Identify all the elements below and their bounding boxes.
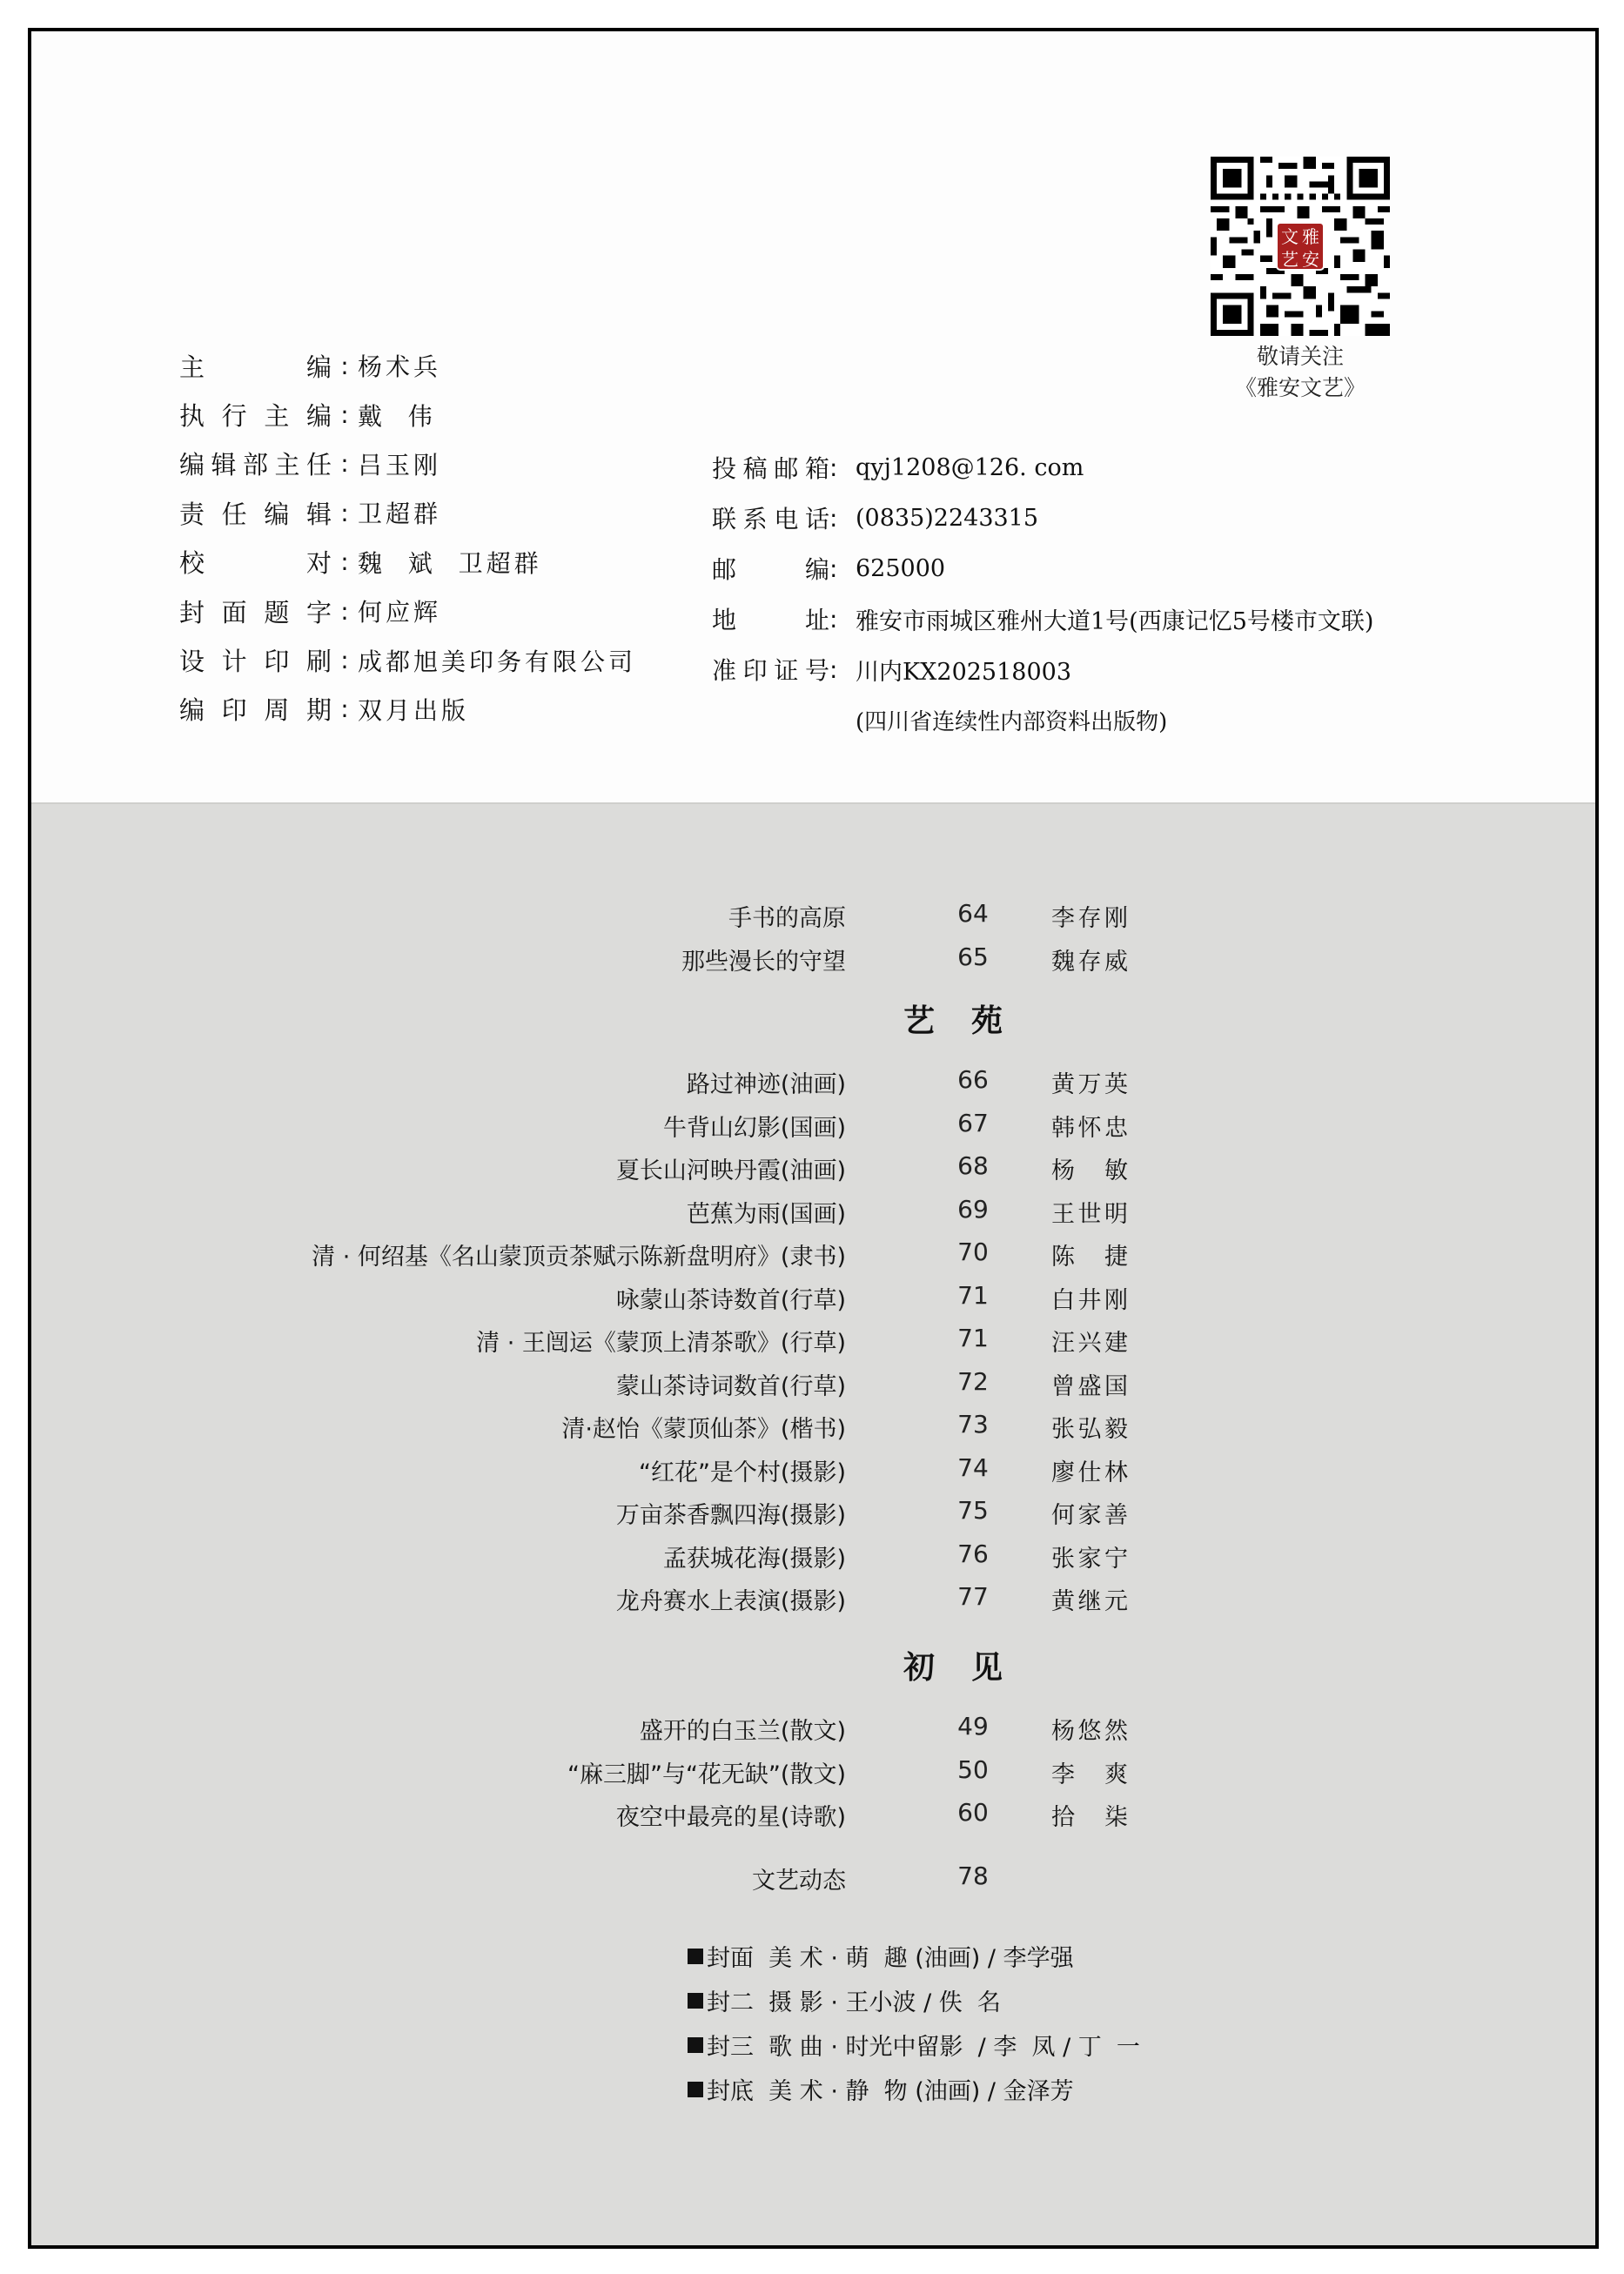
- toc-title: 手书的高原: [728, 899, 846, 933]
- toc-page: 49: [947, 1712, 999, 1741]
- contact-label: 地址: [712, 601, 829, 636]
- toc-author: 白井刚: [1051, 1281, 1128, 1315]
- credit-text: 美 术 · 静 物 (油画) / 金泽芳: [754, 2072, 1074, 2106]
- masthead-value: 成都旭美印务有限公司: [358, 643, 636, 678]
- masthead-label: 责任编辑: [179, 495, 332, 531]
- label-char: 投: [712, 450, 736, 485]
- square-bullet-icon: [688, 2082, 703, 2097]
- toc-title: “麻三脚”与“花无缺”(散文): [567, 1755, 846, 1789]
- masthead-row: 执行主编:戴 伟: [179, 390, 636, 439]
- credit-position: 封三: [707, 2028, 754, 2062]
- toc-page: 76: [947, 1539, 999, 1568]
- toc-author: 黄继元: [1051, 1582, 1128, 1616]
- label-char: 印: [222, 691, 247, 727]
- yaan-wenyi-logo: 文 雅 艺 安: [1276, 222, 1325, 271]
- toc-title: 那些漫长的守望: [681, 942, 846, 976]
- toc-author: 杨悠然: [1051, 1712, 1128, 1746]
- label-char: 编: [306, 348, 332, 384]
- toc-author: 魏存威: [1051, 942, 1128, 976]
- label-char: 证: [774, 652, 798, 687]
- colon: :: [829, 605, 856, 634]
- toc-page: 69: [947, 1195, 999, 1224]
- author-char: 黄: [1051, 1582, 1075, 1616]
- contact-row: 地址:雅安市雨城区雅州大道1号(西康记忆5号楼市文联): [712, 594, 1373, 644]
- author-char: 元: [1104, 1582, 1128, 1616]
- toc-author: 韩怀忠: [1051, 1109, 1128, 1143]
- author-char: 怀: [1078, 1109, 1102, 1143]
- toc-title: 清 · 王闿运《蒙顶上清茶歌》(行草): [476, 1324, 846, 1358]
- toc-entry[interactable]: 那些漫长的守望65魏存威: [0, 942, 1218, 977]
- toc-page: 66: [947, 1065, 999, 1094]
- author-char: 英: [1104, 1065, 1128, 1099]
- author-char: 存: [1078, 899, 1102, 933]
- author-char: 家: [1078, 1496, 1102, 1530]
- toc-title: 蒙山茶诗词数首(行草): [616, 1367, 846, 1401]
- label-char: 址: [805, 601, 829, 636]
- toc-page: 77: [947, 1582, 999, 1611]
- qr-block: 文 雅 艺 安 敬请关注 《雅安文艺》: [1196, 157, 1405, 404]
- label-char: 行: [222, 397, 247, 433]
- credit-text: 美 术 · 萌 趣 (油画) / 李学强: [754, 1939, 1074, 1973]
- author-char: 仕: [1078, 1453, 1102, 1487]
- author-char: 陈: [1051, 1238, 1075, 1271]
- masthead-row: 主编:杨术兵: [179, 341, 636, 390]
- author-char: 李: [1051, 1755, 1075, 1789]
- label-char: 号: [805, 652, 829, 687]
- label-char: 话: [805, 500, 829, 535]
- toc-entry[interactable]: “麻三脚”与“花无缺”(散文)50李爽: [0, 1755, 1218, 1790]
- toc-author: 李爽: [1051, 1755, 1128, 1789]
- section-heading: 艺苑: [903, 996, 1039, 1041]
- logo-char: 雅: [1300, 225, 1321, 248]
- masthead-row: 封面题字:何应辉: [179, 587, 636, 635]
- toc-author: 拾柒: [1051, 1798, 1128, 1832]
- toc-author: 张家宁: [1051, 1539, 1128, 1573]
- contact-value[interactable]: qyj1208@126. com: [856, 454, 1084, 481]
- author-char: 刚: [1104, 1281, 1128, 1315]
- author-char: 黄: [1051, 1065, 1075, 1099]
- masthead-label: 主编: [179, 348, 332, 384]
- qr-code[interactable]: 文 雅 艺 安: [1211, 157, 1390, 336]
- toc-page: 71: [947, 1281, 999, 1310]
- author-char: 曾: [1051, 1367, 1075, 1401]
- masthead-staff: 主编:杨术兵执行主编:戴 伟编辑部主任:吕玉刚责任编辑:卫超群校对:魏 斌 卫超…: [179, 341, 636, 734]
- masthead-value: 杨术兵: [358, 348, 441, 383]
- colon: :: [332, 449, 358, 478]
- toc-entry[interactable]: 芭蕉为雨(国画)69王世明: [0, 1195, 1218, 1230]
- author-char: 盛: [1078, 1367, 1102, 1401]
- label-char: 地: [712, 601, 736, 636]
- author-char: 何: [1051, 1496, 1075, 1530]
- author-char: 忠: [1104, 1109, 1128, 1143]
- square-bullet-icon: [688, 1949, 703, 1964]
- contact-value: (0835)2243315: [856, 505, 1038, 532]
- author-char: 敏: [1104, 1151, 1128, 1185]
- label-char: 稿: [743, 450, 768, 485]
- toc-page: 70: [947, 1238, 999, 1266]
- masthead-label: 校对: [179, 544, 332, 580]
- author-char: 家: [1078, 1539, 1102, 1573]
- toc-title: 夏长山河映丹霞(油画): [616, 1151, 846, 1185]
- author-char: 捷: [1104, 1238, 1128, 1271]
- square-bullet-icon: [688, 1993, 703, 2009]
- author-char: 宁: [1104, 1539, 1128, 1573]
- contact-value: 雅安市雨城区雅州大道1号(西康记忆5号楼市文联): [856, 602, 1373, 636]
- label-char: 准: [712, 652, 736, 687]
- toc-author: 汪兴建: [1051, 1324, 1128, 1358]
- label-char: 面: [222, 594, 247, 629]
- toc-title: 清 · 何绍基《名山蒙顶贡茶赋示陈新盘明府》(隶书): [312, 1238, 846, 1271]
- toc-title: 路过神迹(油画): [687, 1065, 846, 1099]
- colon: :: [829, 453, 856, 482]
- author-char: 刚: [1104, 899, 1128, 933]
- masthead-value: 卫超群: [358, 495, 441, 530]
- label-char: 编: [805, 551, 829, 586]
- label-char: 印: [743, 652, 768, 687]
- toc-title: 文艺动态: [752, 1861, 846, 1895]
- author-char: 汪: [1051, 1324, 1075, 1358]
- label-char: 邮: [774, 450, 798, 485]
- author-char: 威: [1104, 942, 1128, 976]
- cover-credits: 封面 美 术 · 萌 趣 (油画) / 李学强封二 摄 影 · 王小波 / 佚 …: [688, 1934, 1140, 2111]
- toc-page: 68: [947, 1151, 999, 1180]
- label-char: 联: [712, 500, 736, 535]
- toc-entry[interactable]: 蒙山茶诗词数首(行草)72曾盛国: [0, 1367, 1218, 1402]
- toc-title: 牛背山幻影(国画): [663, 1109, 846, 1143]
- colon: :: [332, 547, 358, 576]
- author-char: 王: [1051, 1195, 1075, 1229]
- masthead-row: 责任编辑:卫超群: [179, 488, 636, 537]
- toc-author: 李存刚: [1051, 899, 1128, 933]
- qr-caption-line2: 《雅安文艺》: [1196, 372, 1405, 404]
- colon: :: [829, 504, 856, 533]
- author-char: 张: [1051, 1539, 1075, 1573]
- author-char: 杨: [1051, 1712, 1075, 1746]
- author-char: 李: [1051, 899, 1075, 933]
- label-char: 主: [274, 446, 299, 481]
- author-char: 明: [1104, 1195, 1128, 1229]
- contact-value: 625000: [856, 555, 945, 582]
- toc-author: 何家善: [1051, 1496, 1128, 1530]
- author-char: 廖: [1051, 1453, 1075, 1487]
- toc-page: 60: [947, 1798, 999, 1827]
- author-char: 国: [1104, 1367, 1128, 1401]
- contact-value: 川内KX202518003: [856, 653, 1071, 687]
- toc-entry[interactable]: 牛背山幻影(国画)67韩怀忠: [0, 1109, 1218, 1144]
- toc-entry[interactable]: 夏长山河映丹霞(油画)68杨敏: [0, 1151, 1218, 1186]
- author-char: 继: [1078, 1582, 1102, 1616]
- label-char: 题: [264, 594, 289, 629]
- author-char: 存: [1078, 942, 1102, 976]
- masthead-row: 编印周期:双月出版: [179, 685, 636, 734]
- masthead-row: 编辑部主任:吕玉刚: [179, 439, 636, 488]
- author-char: 毅: [1104, 1410, 1128, 1444]
- toc-page: 73: [947, 1410, 999, 1439]
- author-char: 善: [1104, 1496, 1128, 1530]
- colon: :: [332, 646, 358, 674]
- colon: :: [332, 499, 358, 527]
- colon: :: [332, 694, 358, 723]
- toc-title: 清·赵怡《蒙顶仙茶》(楷书): [561, 1410, 846, 1444]
- author-char: 林: [1104, 1453, 1128, 1487]
- logo-char: 安: [1300, 248, 1321, 271]
- author-char: 拾: [1051, 1798, 1075, 1832]
- toc-page: 65: [947, 942, 999, 971]
- author-char: 爽: [1104, 1755, 1128, 1789]
- masthead-label: 执行主编: [179, 397, 332, 433]
- label-char: 部: [243, 446, 268, 481]
- label-char: 责: [179, 495, 205, 531]
- qr-caption-line1: 敬请关注: [1196, 341, 1405, 372]
- author-char: 白: [1051, 1281, 1075, 1315]
- label-char: 主: [179, 348, 205, 384]
- masthead-value: 吕玉刚: [358, 446, 441, 481]
- masthead-label: 编辑部主任: [179, 446, 332, 481]
- label-char: 箱: [805, 450, 829, 485]
- contact-row: 投稿邮箱:qyj1208@126. com: [712, 442, 1373, 493]
- publication-note: (四川省连续性内部资料出版物): [712, 694, 1373, 745]
- credit-row: 封底 美 术 · 静 物 (油画) / 金泽芳: [688, 2067, 1140, 2111]
- toc-entry[interactable]: 咏蒙山茶诗数首(行草)71白井刚: [0, 1281, 1218, 1316]
- author-char: 韩: [1051, 1109, 1075, 1143]
- credit-position: 封面: [707, 1939, 754, 1973]
- label-char: 编: [306, 397, 332, 433]
- qr-caption: 敬请关注 《雅安文艺》: [1196, 341, 1405, 404]
- toc-author: 张弘毅: [1051, 1410, 1128, 1444]
- author-char: 悠: [1078, 1712, 1102, 1746]
- label-char: 设: [179, 642, 205, 678]
- toc-entry[interactable]: 文艺动态78: [0, 1861, 1218, 1896]
- contact-row: 联系电话:(0835)2243315: [712, 493, 1373, 543]
- contact-label: 联系电话: [712, 500, 829, 535]
- toc-page: 72: [947, 1367, 999, 1396]
- label-char: 校: [179, 544, 205, 580]
- toc-page: 75: [947, 1496, 999, 1525]
- credit-row: 封二 摄 影 · 王小波 / 佚 名: [688, 1978, 1140, 2022]
- author-char: 世: [1078, 1195, 1102, 1229]
- label-char: 编: [179, 446, 205, 481]
- toc-entry[interactable]: 万亩茶香飘四海(摄影)75何家善: [0, 1496, 1218, 1531]
- toc-page: 74: [947, 1453, 999, 1482]
- label-char: 执: [179, 397, 205, 433]
- label-char: 辑: [211, 446, 236, 481]
- label-char: 周: [264, 691, 289, 727]
- toc-page: 78: [947, 1861, 999, 1890]
- credit-text: 摄 影 · 王小波 / 佚 名: [754, 1983, 1001, 2017]
- toc-page: 67: [947, 1109, 999, 1137]
- credit-position: 封二: [707, 1983, 754, 2017]
- credit-text: 歌 曲 · 时光中留影 / 李 凤 / 丁 一: [754, 2028, 1140, 2062]
- masthead-row: 设计印刷:成都旭美印务有限公司: [179, 635, 636, 684]
- toc-author: 廖仕林: [1051, 1453, 1128, 1487]
- toc-entry[interactable]: “红花”是个村(摄影)74廖仕林: [0, 1453, 1218, 1488]
- colon: :: [829, 554, 856, 583]
- label-char: 印: [264, 642, 289, 678]
- label-char: 电: [774, 500, 798, 535]
- toc-page: 64: [947, 899, 999, 928]
- label-char: 计: [222, 642, 247, 678]
- label-char: 编: [264, 495, 289, 531]
- toc-author: 黄万英: [1051, 1065, 1128, 1099]
- toc-author: 陈捷: [1051, 1238, 1128, 1271]
- toc-entry[interactable]: 盛开的白玉兰(散文)49杨悠然: [0, 1712, 1218, 1747]
- label-char: 辑: [306, 495, 332, 531]
- author-char: 万: [1078, 1065, 1102, 1099]
- toc-entry[interactable]: 路过神迹(油画)66黄万英: [0, 1065, 1218, 1100]
- label-char: 任: [306, 446, 332, 481]
- author-char: 柒: [1104, 1798, 1128, 1832]
- toc-title: 咏蒙山茶诗数首(行草): [616, 1281, 846, 1315]
- toc-entry[interactable]: 清·赵怡《蒙顶仙茶》(楷书)73张弘毅: [0, 1410, 1218, 1445]
- toc-title: 芭蕉为雨(国画): [687, 1195, 846, 1229]
- toc-title: 孟获城花海(摄影): [663, 1539, 846, 1573]
- author-char: 建: [1104, 1324, 1128, 1358]
- section-heading: 初见: [903, 1643, 1039, 1687]
- toc-entry[interactable]: 清 · 王闿运《蒙顶上清茶歌》(行草)71汪兴建: [0, 1324, 1218, 1358]
- masthead-value: 何应辉: [358, 594, 441, 628]
- credit-position: 封底: [707, 2072, 754, 2106]
- contact-label: 投稿邮箱: [712, 450, 829, 485]
- masthead-label: 编印周期: [179, 691, 332, 727]
- masthead-contact: 投稿邮箱:qyj1208@126. com联系电话:(0835)2243315邮…: [712, 442, 1373, 745]
- label-char: 字: [306, 594, 332, 629]
- masthead-label: 封面题字: [179, 594, 332, 629]
- label-char: 封: [179, 594, 205, 629]
- toc-author: 王世明: [1051, 1195, 1128, 1229]
- toc-author: 曾盛国: [1051, 1367, 1128, 1401]
- label-char: 系: [743, 500, 768, 535]
- toc-title: 夜空中最亮的星(诗歌): [616, 1798, 846, 1832]
- toc-author: 杨敏: [1051, 1151, 1128, 1185]
- contact-row: 邮编:625000: [712, 543, 1373, 594]
- masthead-value: 双月出版: [358, 692, 469, 727]
- toc-entry[interactable]: 手书的高原64李存刚: [0, 899, 1218, 934]
- toc-title: 万亩茶香飘四海(摄影): [616, 1496, 846, 1530]
- toc-title: 龙舟赛水上表演(摄影): [616, 1582, 846, 1616]
- label-char: 主: [264, 397, 289, 433]
- colon: :: [332, 400, 358, 429]
- label-char: 编: [179, 691, 205, 727]
- toc-title: “红花”是个村(摄影): [639, 1453, 846, 1487]
- toc-entry[interactable]: 清 · 何绍基《名山蒙顶贡茶赋示陈新盘明府》(隶书)70陈捷: [0, 1238, 1218, 1272]
- label-char: 任: [222, 495, 247, 531]
- author-char: 然: [1104, 1712, 1128, 1746]
- contact-label: 准印证号: [712, 652, 829, 687]
- toc-title: 盛开的白玉兰(散文): [640, 1712, 846, 1746]
- author-char: 兴: [1078, 1324, 1102, 1358]
- logo-char: 艺: [1279, 248, 1300, 271]
- author-char: 弘: [1078, 1410, 1102, 1444]
- toc-page: 50: [947, 1755, 999, 1784]
- contact-row: 准印证号:川内KX202518003: [712, 644, 1373, 694]
- label-char: 邮: [712, 551, 736, 586]
- toc-entry[interactable]: 龙舟赛水上表演(摄影)77黄继元: [0, 1582, 1218, 1617]
- author-char: 魏: [1051, 942, 1075, 976]
- author-char: 张: [1051, 1410, 1075, 1444]
- label-char: 期: [306, 691, 332, 727]
- colon: :: [829, 655, 856, 684]
- toc-entry[interactable]: 孟获城花海(摄影)76张家宁: [0, 1539, 1218, 1574]
- contact-label: 邮编: [712, 551, 829, 586]
- square-bullet-icon: [688, 2037, 703, 2053]
- toc-entry[interactable]: 夜空中最亮的星(诗歌)60拾柒: [0, 1798, 1218, 1833]
- masthead-value: 戴 伟: [358, 398, 436, 433]
- masthead-row: 校对:魏 斌 卫超群: [179, 538, 636, 587]
- label-char: 刷: [306, 642, 332, 678]
- credit-row: 封三 歌 曲 · 时光中留影 / 李 凤 / 丁 一: [688, 2022, 1140, 2067]
- colon: :: [332, 352, 358, 380]
- label-char: 对: [306, 544, 332, 580]
- author-char: 杨: [1051, 1151, 1075, 1185]
- masthead-label: 设计印刷: [179, 642, 332, 678]
- credit-row: 封面 美 术 · 萌 趣 (油画) / 李学强: [688, 1934, 1140, 1978]
- masthead-value: 魏 斌 卫超群: [358, 545, 542, 580]
- author-char: 井: [1078, 1281, 1102, 1315]
- toc-page: 71: [947, 1324, 999, 1352]
- colon: :: [332, 597, 358, 626]
- logo-char: 文: [1279, 225, 1300, 248]
